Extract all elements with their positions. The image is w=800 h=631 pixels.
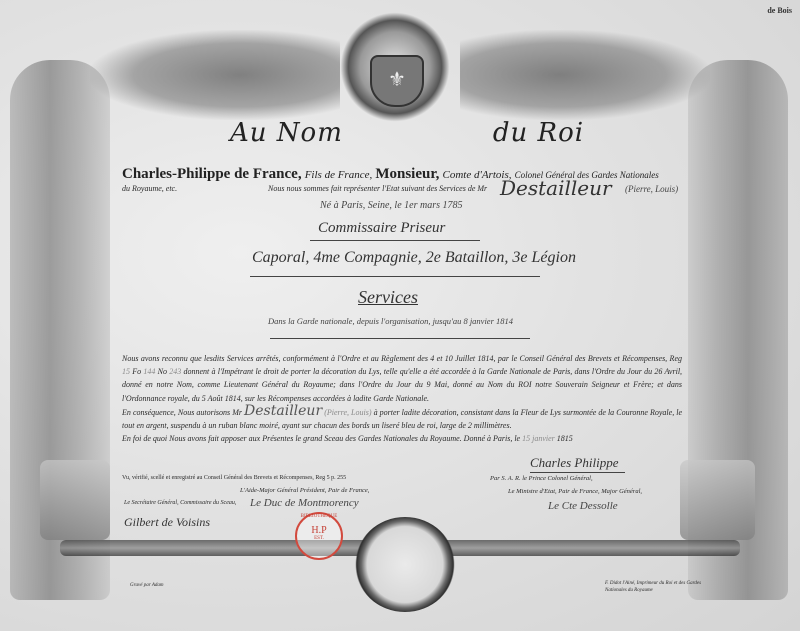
divider xyxy=(530,472,625,473)
recipient-given: (Pierre, Louis) xyxy=(625,184,678,194)
issuer-name: Charles-Philippe de France, xyxy=(122,166,302,182)
recipient-birth: Né à Paris, Seine, le 1er mars 1785 xyxy=(320,200,463,211)
certificate-body: Nous avons reconnu que lesdits Services … xyxy=(122,352,682,445)
folio-label: Fo xyxy=(132,367,141,376)
vu-text: Vu, vérifié, scellé et enregistré au Con… xyxy=(122,475,325,481)
fleur-de-lis-icon: ⚜ xyxy=(370,55,424,107)
vu-folio: p. 255 xyxy=(331,475,346,481)
intro-text: Nous nous sommes fait représenter l'Etat… xyxy=(268,184,487,193)
p1-start: Nous avons reconnu que lesdits Services … xyxy=(122,354,682,363)
vu-line: Vu, vérifié, scellé et enregistré au Con… xyxy=(122,475,346,481)
p2-given: (Pierre, Louis) xyxy=(324,408,371,417)
aide-major-title: L'Aide-Major Général Président, Pair de … xyxy=(240,487,369,494)
secretary-title: Le Secrétaire Général, Commissaire du Sc… xyxy=(124,500,236,506)
issuer-title-cont: du Royaume, etc. xyxy=(122,184,177,193)
recipient-surname: Destailleur xyxy=(500,176,612,200)
certificate-sheet: de Bois ⚜ BIBLIOTHEQUE H.P EST. Au Nomdu… xyxy=(0,0,800,631)
divider xyxy=(310,240,480,241)
heading-right: du Roi xyxy=(493,118,584,148)
p1-mid: donnent à l'Impétrant le droit de porter… xyxy=(122,367,682,402)
body-paragraph-3: En foi de quoi Nous avons fait apposer a… xyxy=(122,432,682,445)
body-paragraph-1: Nous avons reconnu que lesdits Services … xyxy=(122,352,682,405)
great-seal-icon xyxy=(355,517,455,612)
by-prince-line: Par S. A. R. le Prince Colonel Général, xyxy=(490,475,593,482)
heading-left: Au Nom xyxy=(230,118,343,148)
stamp-mid-text: H.P xyxy=(297,525,341,536)
services-text: Dans la Garde nationale, depuis l'organi… xyxy=(268,316,513,326)
p3-date: 15 janvier xyxy=(522,434,555,443)
stamp-top-text: BIBLIOTHEQUE xyxy=(297,514,341,519)
engraver-credit: Gravé par Adam xyxy=(130,583,164,588)
king-signature: Charles Philippe xyxy=(530,455,618,471)
right-winged-figure-engraving xyxy=(460,30,710,120)
vu-reg: 5 xyxy=(327,475,330,481)
minister-signature: Le Cte Dessolle xyxy=(548,500,618,512)
num-no: 243 xyxy=(169,367,181,376)
printer-credit: F. Didot l'Ainé, Imprimeur du Roi et des… xyxy=(605,580,715,594)
p2-name: Destailleur xyxy=(244,403,322,419)
num-label: No xyxy=(158,367,167,376)
divider xyxy=(270,338,530,339)
divider xyxy=(250,276,540,277)
p2-start: En conséquence, Nous autorisons Mr xyxy=(122,408,242,417)
minister-title: Le Ministre d'Etat, Pair de France, Majo… xyxy=(508,488,642,495)
recipient-occupation: Commissaire Priseur xyxy=(318,220,445,237)
left-drum-engraving xyxy=(40,460,110,540)
stamp-bottom-text: EST. xyxy=(297,536,341,541)
heading: Au Nomdu Roi xyxy=(230,118,584,148)
body-paragraph-2: En conséquence, Nous autorisons Mr Desta… xyxy=(122,405,682,432)
issuer-title-1: Fils de France, xyxy=(305,169,373,181)
p3-start: En foi de quoi Nous avons fait apposer a… xyxy=(122,434,520,443)
reg-no: 15 xyxy=(122,367,130,376)
services-heading: Services xyxy=(358,287,418,308)
secretary-signature: Gilbert de Voisins xyxy=(124,515,210,530)
issuer-title-2: Monsieur, xyxy=(375,166,439,182)
right-drum-engraving xyxy=(680,460,755,540)
library-stamp: BIBLIOTHEQUE H.P EST. xyxy=(295,512,343,560)
corner-mark: de Bois xyxy=(767,6,792,15)
folio-no: 144 xyxy=(143,367,155,376)
left-winged-figure-engraving xyxy=(90,30,340,120)
p3-year: 1815 xyxy=(557,434,573,443)
aide-major-signature: Le Duc de Montmorency xyxy=(250,497,359,509)
recipient-rank: Caporal, 4me Compagnie, 2e Bataillon, 3e… xyxy=(252,249,576,267)
